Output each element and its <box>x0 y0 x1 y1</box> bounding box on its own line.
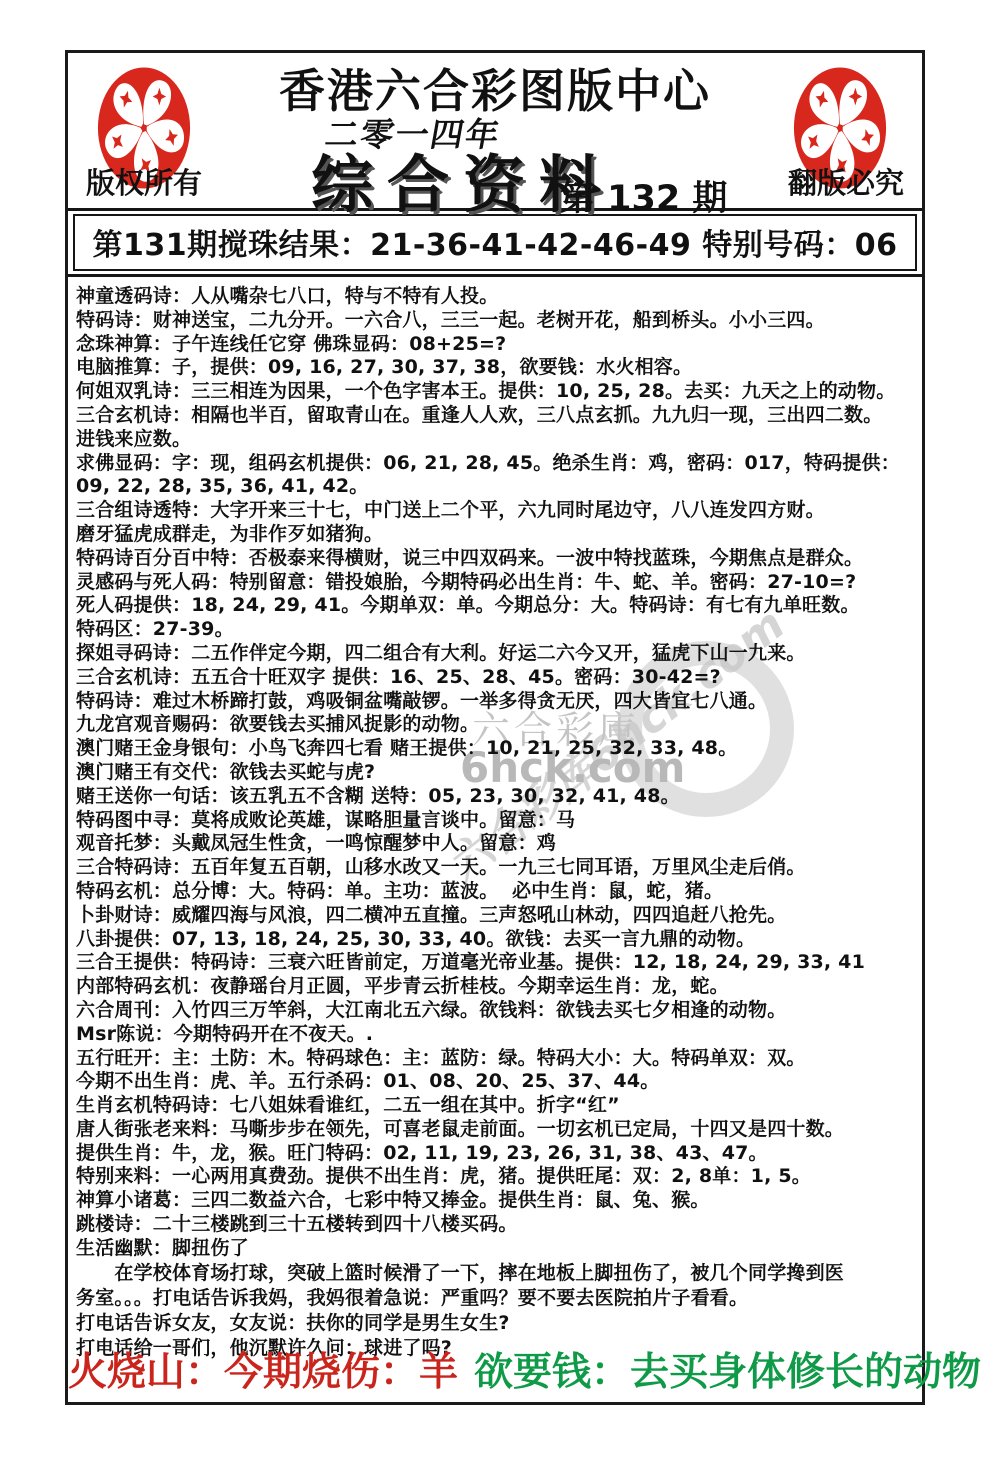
tip-line: 三合玄机诗：相隔也半百，留取青山在。重逢人人欢，三八点玄抓。九九归一现，三出四二… <box>76 404 917 428</box>
tip-line: 澳门赌王金身银句：小鸟飞奔四七看 赌王提供：10, 21, 25, 32, 33… <box>76 737 917 761</box>
tip-line: 09, 22, 28, 35, 36, 41, 42。 <box>76 475 917 499</box>
tip-line: 跳楼诗：二十三楼跳到三十五楼转到四十八楼买码。 <box>76 1213 917 1237</box>
tip-line: 特别来料：一心两用真费劲。提供不出生肖：虎，猪。提供旺尾：双：2, 8单：1, … <box>76 1165 917 1189</box>
tip-line: 神童透码诗：人从嘴杂七八口，特与不特有人投。 <box>76 285 917 309</box>
tip-line: 今期不出生肖：虎、羊。五行杀码：01、08、20、25、37、44。 <box>76 1070 917 1094</box>
tip-line: 六合周刊：入竹四三万竿斜，大江南北五六绿。欲钱料：欲钱去买七夕相逢的动物。 <box>76 999 917 1023</box>
tip-line: 特码图中寻：莫将成败论英雄，谋略胆量言谈中。留意：马 <box>76 809 917 833</box>
tip-line: 生肖玄机特码诗：七八姐妹看谁红，二五一组在其中。折字“红” <box>76 1094 917 1118</box>
tip-line: 卜卦财诗：威耀四海与风浪，四二横冲五直撞。三声怒吼山林动，四四追赶八抢先。 <box>76 904 917 928</box>
header: 香港六合彩图版中心 二零一四年 综合资料 第 132 期 版权所有 翻版必究 <box>68 53 922 208</box>
footer-prediction: 火烧山：今期烧伤：羊欲要钱：去买身体修长的动物 <box>68 1341 922 1397</box>
tip-line: 提供生肖：牛，龙，猴。旺门特码：02, 11, 19, 23, 26, 31, … <box>76 1142 917 1166</box>
tip-line: 三合王提供：特码诗：三衰六旺皆前定，万道毫光帝业基。提供：12, 18, 24,… <box>76 951 917 975</box>
tip-line: 特码玄机：总分博：大。特码：单。主功：蓝波。 必中生肖：鼠，蛇，猪。 <box>76 880 917 904</box>
tip-line: 死人码提供：18, 24, 29, 41。今期单双：单。今期总分：大。特码诗：有… <box>76 594 917 618</box>
tip-line: 观音托梦：头戴凤冠生性贪，一鸣惊醒梦中人。留意：鸡 <box>76 832 917 856</box>
tip-line: 澳门赌王有交代：欲钱去买蛇与虎? <box>76 761 917 785</box>
tip-line: 求佛显码：字：现，组码玄机提供：06, 21, 28, 45。绝杀生肖：鸡，密码… <box>76 452 917 476</box>
tip-line: 神算小诸葛：三四二数益六合，七彩中特又捧金。提供生肖：鼠、兔、猴。 <box>76 1189 917 1213</box>
body-section: 神童透码诗：人从嘴杂七八口，特与不特有人投。特码诗：财神送宝，二九分开。一六合八… <box>68 277 922 1361</box>
tip-line: 在学校体育场打球，突破上篮时候滑了一下，摔在地板上脚扭伤了，被几个同学搀到医 <box>76 1261 917 1286</box>
copyright-right-label: 翻版必究 <box>788 161 904 202</box>
tip-line: 五行旺开：主：土防：木。特码球色：主：蓝防：绿。特码大小：大。特码单双：双。 <box>76 1047 917 1071</box>
tip-line: 进钱来应数。 <box>76 428 917 452</box>
copyright-left-label: 版权所有 <box>86 161 202 202</box>
footer-red-text: 火烧山：今期烧伤：羊 <box>68 1350 458 1395</box>
tip-line: 三合组诗透特：大字开来三十七，中门送上二个平，六九同时尾边守，八八连发四方财。 <box>76 499 917 523</box>
tip-line: 探姐寻码诗：二五作伴定今期，四二组合有大利。好运二六今又开，猛虎下山一九来。 <box>76 642 917 666</box>
tip-line: 三合玄机诗：五五合十旺双字 提供：16、25、28、45。密码：30-42=? <box>76 666 917 690</box>
tip-line: 电脑推算：子，提供：09, 16, 27, 30, 37, 38，欲要钱：水火相… <box>76 356 917 380</box>
issue-number: 第 132 期 <box>560 171 727 221</box>
tip-line: 念珠神算：子午连线任它穿 佛珠显码：08+25=? <box>76 333 917 357</box>
tip-line: 特码诗百分百中特：否极泰来得横财，说三中四双码来。一波中特找蓝珠，今期焦点是群众… <box>76 547 917 571</box>
tip-line: 灵感码与死人码：特别留意：错投娘胎，今期特码必出生肖：牛、蛇、羊。密码：27-1… <box>76 571 917 595</box>
tip-line: 特码诗：财神送宝，二九分开。一六合八，三三一起。老树开花，船到桥头。小小三四。 <box>76 309 917 333</box>
tips-lines: 神童透码诗：人从嘴杂七八口，特与不特有人投。特码诗：财神送宝，二九分开。一六合八… <box>76 285 917 1361</box>
tip-line: 特码区：27-39。 <box>76 618 917 642</box>
tip-line: 唐人街张老来料：马嘶步步在领先，可喜老鼠走前面。一切玄机已定局，十四又是四十数。 <box>76 1118 917 1142</box>
tip-line: 磨牙猛虎成群走，为非作歹如猪狗。 <box>76 523 917 547</box>
tip-line: 务室。。。打电话告诉我妈，我妈很着急说：严重吗？要不要去医院拍片子看看。 <box>76 1286 917 1311</box>
tip-line: 八卦提供：07, 13, 18, 24, 25, 30, 33, 40。欲钱：去… <box>76 928 917 952</box>
document-frame: 香港六合彩图版中心 二零一四年 综合资料 第 132 期 版权所有 翻版必究 第… <box>65 50 925 1405</box>
tip-line: 内部特码玄机：夜静瑶台月正圆，平步青云折桂枝。今期幸运生肖：龙，蛇。 <box>76 975 917 999</box>
tip-line: 赌王送你一句话：该五乳五不含糊 送特：05, 23, 30, 32, 41, 4… <box>76 785 917 809</box>
tip-line: 生活幽默：脚扭伤了 <box>76 1237 917 1261</box>
tip-line: 三合特码诗：五百年复五百朝，山移水改又一天。一九三七同耳语，万里风尘走后俏。 <box>76 856 917 880</box>
tip-line: 九龙宫观音赐码：欲要钱去买捕风捉影的动物。 <box>76 713 917 737</box>
tip-line: 打电话告诉女友，女友说：扶你的同学是男生女生? <box>76 1311 917 1336</box>
tip-line: Msr陈说：今期特码开在不夜天。. <box>76 1023 917 1047</box>
footer-green-text: 欲要钱：去买身体修长的动物 <box>474 1350 981 1395</box>
tip-line: 特码诗：难过木桥蹄打鼓，鸡吸铜盆嘴敲锣。一举多得贪无厌，四大皆宜七八通。 <box>76 690 917 714</box>
tip-line: 何姐双乳诗：三三相连为因果，一个色字害本王。提供：10, 25, 28。去买：九… <box>76 380 917 404</box>
